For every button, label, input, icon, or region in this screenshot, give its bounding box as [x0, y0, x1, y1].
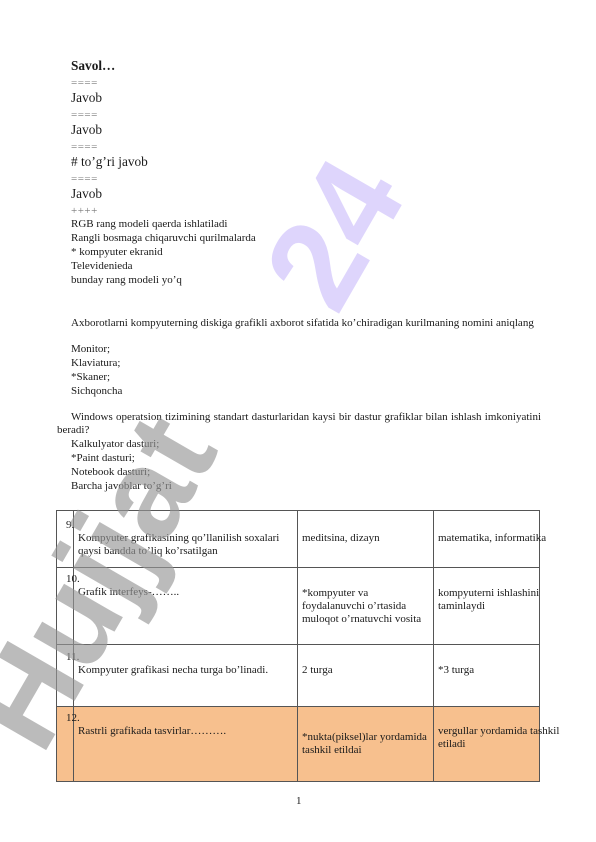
table-divider	[57, 567, 539, 568]
row-option-a: meditsina, dizayn	[302, 532, 430, 545]
table-divider	[73, 511, 74, 781]
table-divider	[297, 511, 298, 781]
separator: ====	[71, 77, 98, 89]
row-question: Rastrli grafikada tasvirlar……….	[78, 725, 293, 738]
separator: ====	[71, 173, 98, 185]
row-option-a: *kompyuter va foydalanuvchi o’rtasida mu…	[302, 587, 427, 626]
separator: ====	[71, 141, 98, 153]
question-title: Savol…	[71, 58, 115, 74]
question-text: Axborotlarni kompyuterning diskiga grafi…	[57, 317, 541, 330]
option-correct: * kompyuter ekranid	[71, 246, 163, 258]
table-divider	[433, 511, 434, 781]
option: Sichqoncha	[71, 385, 122, 397]
plus-marker: ++++	[71, 205, 98, 217]
table-divider	[57, 644, 539, 645]
option: Kalkulyator dasturi;	[71, 438, 159, 450]
answer-line: Javob	[71, 90, 102, 106]
page-number: 1	[296, 795, 302, 807]
correct-answer-line: # to’g’ri javob	[71, 154, 148, 170]
answer-line: Javob	[71, 186, 102, 202]
question-text: RGB rang modeli qaerda ishlatiladi	[71, 218, 227, 230]
row-option-a: 2 turga	[302, 664, 430, 677]
questions-table: 9. Kompyuter grafikasining qo’llanilish …	[56, 510, 540, 782]
separator: ====	[71, 109, 98, 121]
row-option-a: *nukta(piksel)lar yordamida tashkil etil…	[302, 731, 430, 757]
option: bunday rang modeli yo’q	[71, 274, 182, 286]
option: Televidenieda	[71, 260, 133, 272]
row-option-b: kompyuterni ishlashini taminlaydi	[438, 587, 556, 613]
row-number: 9.	[66, 519, 74, 531]
row-question: Grafik interfeys-……..	[78, 586, 293, 599]
row-option-b: *3 turga	[438, 664, 578, 677]
row-number: 12.	[66, 712, 80, 724]
row-question: Kompyuter grafikasi necha turga bo’linad…	[78, 664, 293, 677]
row-number: 11.	[66, 651, 79, 663]
table-divider	[57, 706, 539, 707]
option: Rangli bosmaga chiqaruvchi qurilmalarda	[71, 232, 256, 244]
row-question: Kompyuter grafikasining qo’llanilish sox…	[78, 532, 293, 558]
row-option-b: matematika, informatika	[438, 532, 578, 545]
document-page: Savol… ==== Javob ==== Javob ==== # to’g…	[0, 0, 596, 842]
row-option-b: vergullar yordamida tashkil etiladi	[438, 725, 588, 751]
question-text: Windows operatsion tizimining standart d…	[57, 411, 541, 437]
option: Barcha javoblar to’g’ri	[71, 480, 172, 492]
option: Notebook dasturi;	[71, 466, 150, 478]
watermark-number: 24	[244, 141, 426, 328]
option-correct: *Paint dasturi;	[71, 452, 135, 464]
row-number: 10.	[66, 573, 80, 585]
option: Klaviatura;	[71, 357, 120, 369]
option-correct: *Skaner;	[71, 371, 110, 383]
answer-line: Javob	[71, 122, 102, 138]
option: Monitor;	[71, 343, 110, 355]
